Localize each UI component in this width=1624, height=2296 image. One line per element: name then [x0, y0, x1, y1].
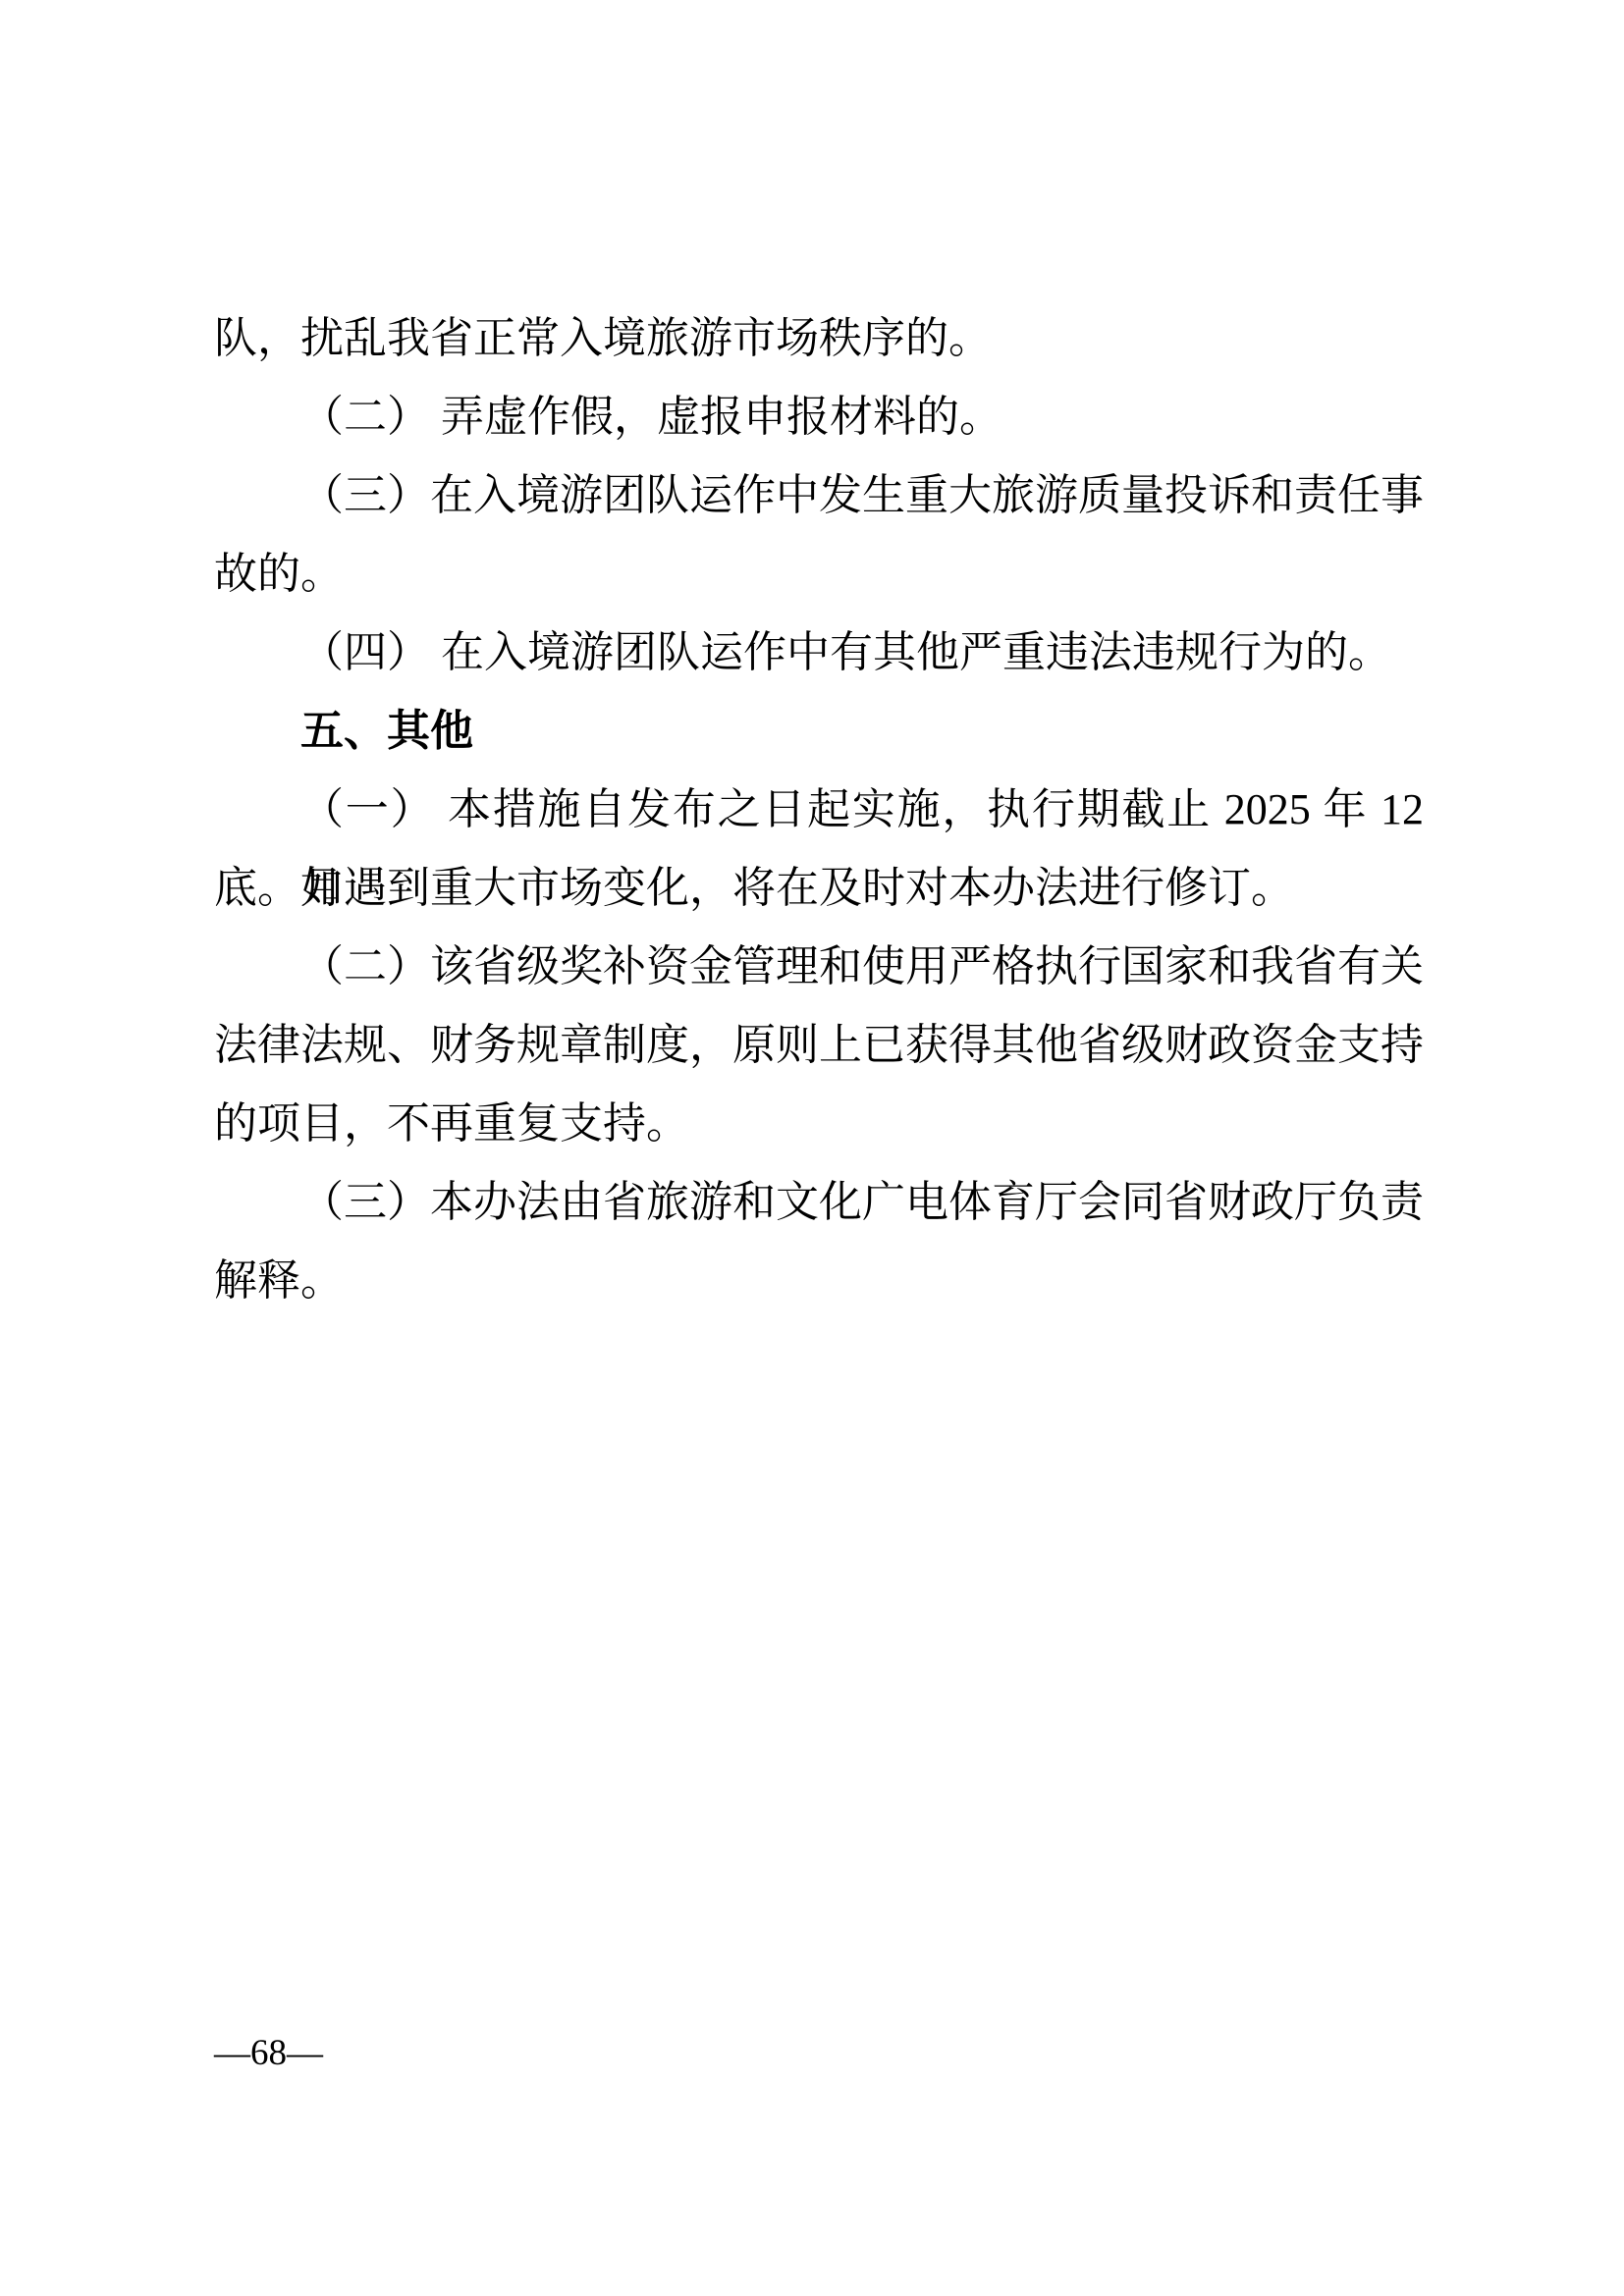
body-text-block: 队，扰乱我省正常入境旅游市场秩序的。 （二） 弄虚作假，虚报申报材料的。 （三）… — [214, 299, 1424, 1320]
body-line: 解释。 — [214, 1242, 1424, 1320]
body-line: （三）在入境游团队运作中发生重大旅游质量投诉和责任事 — [214, 456, 1424, 535]
section-heading: 五、其他 — [214, 692, 1424, 771]
body-line: （三）本办法由省旅游和文化广电体育厅会同省财政厅负责 — [214, 1163, 1424, 1242]
body-line: （四） 在入境游团队运作中有其他严重违法违规行为的。 — [214, 614, 1424, 692]
body-line: （一） 本措施自发布之日起实施，执行期截止 2025 年 12 月 — [214, 771, 1424, 849]
document-page: 队，扰乱我省正常入境旅游市场秩序的。 （二） 弄虚作假，虚报申报材料的。 （三）… — [0, 0, 1624, 2296]
body-line: 的项目，不再重复支持。 — [214, 1085, 1424, 1163]
body-line: （二） 弄虚作假，虚报申报材料的。 — [214, 378, 1424, 456]
page-number: —68— — [214, 2030, 323, 2077]
body-line: 队，扰乱我省正常入境旅游市场秩序的。 — [214, 299, 1424, 378]
body-line: 法律法规、财务规章制度，原则上已获得其他省级财政资金支持 — [214, 1006, 1424, 1085]
body-line: 底。如遇到重大市场变化，将在及时对本办法进行修订。 — [214, 849, 1424, 928]
body-line: （二）该省级奖补资金管理和使用严格执行国家和我省有关 — [214, 928, 1424, 1006]
body-line: 故的。 — [214, 535, 1424, 614]
